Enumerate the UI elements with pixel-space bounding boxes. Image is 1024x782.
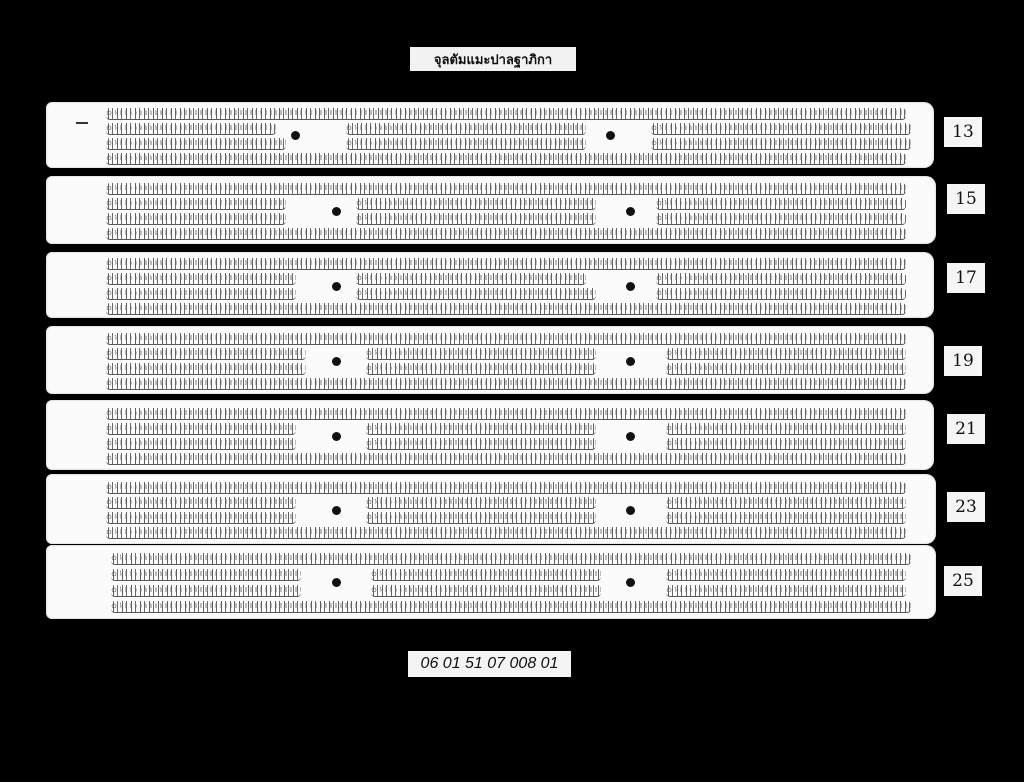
script-line xyxy=(106,333,906,345)
page-number-label: 17 xyxy=(947,263,985,293)
script-line xyxy=(656,288,906,300)
script-line xyxy=(111,553,911,565)
manuscript-title-label: จุลตัมแมะปาลฐาภิกา xyxy=(410,47,576,71)
script-line xyxy=(666,585,906,597)
script-line xyxy=(106,228,906,240)
script-line xyxy=(106,453,906,465)
script-line xyxy=(106,213,286,225)
script-line xyxy=(656,273,906,285)
script-line xyxy=(666,438,906,450)
page-number-label: 21 xyxy=(947,414,985,444)
script-line xyxy=(106,482,906,494)
palm-leaf-page-25 xyxy=(46,545,936,619)
script-line xyxy=(106,273,296,285)
script-line xyxy=(106,423,296,435)
palm-leaf-page-23 xyxy=(46,474,936,544)
string-hole xyxy=(332,207,341,216)
script-line xyxy=(106,438,296,450)
script-line xyxy=(366,497,596,509)
script-line xyxy=(666,423,906,435)
script-line xyxy=(106,183,906,195)
script-line xyxy=(106,303,906,315)
script-line xyxy=(371,569,601,581)
script-line xyxy=(356,273,586,285)
script-line xyxy=(106,378,906,390)
script-line xyxy=(356,213,596,225)
script-line xyxy=(651,123,911,135)
margin-mark xyxy=(76,122,88,124)
script-line xyxy=(666,348,906,360)
script-line xyxy=(111,601,911,613)
script-line xyxy=(106,108,906,120)
string-hole xyxy=(291,131,300,140)
script-line xyxy=(106,153,906,165)
script-line xyxy=(106,288,296,300)
string-hole xyxy=(626,207,635,216)
string-hole xyxy=(626,578,635,587)
script-line xyxy=(666,497,906,509)
palm-leaf-page-15 xyxy=(46,176,936,244)
script-line xyxy=(106,363,306,375)
string-hole xyxy=(626,357,635,366)
string-hole xyxy=(626,506,635,515)
script-line xyxy=(651,138,911,150)
script-line xyxy=(106,408,906,420)
page-number-label: 13 xyxy=(944,117,982,147)
script-line xyxy=(106,527,906,539)
script-line xyxy=(366,423,596,435)
script-line xyxy=(106,348,306,360)
script-line xyxy=(656,198,906,210)
script-line xyxy=(666,512,906,524)
string-hole xyxy=(606,131,615,140)
script-line xyxy=(666,363,906,375)
script-line xyxy=(111,569,301,581)
palm-leaf-page-13 xyxy=(46,102,934,168)
script-line xyxy=(666,569,906,581)
script-line xyxy=(366,348,596,360)
string-hole xyxy=(332,578,341,587)
string-hole xyxy=(332,282,341,291)
script-line xyxy=(366,438,596,450)
palm-leaf-page-17 xyxy=(46,252,934,318)
page-number-label: 25 xyxy=(944,566,982,596)
script-line xyxy=(106,198,286,210)
script-line xyxy=(106,497,296,509)
script-line xyxy=(106,258,906,270)
script-line xyxy=(106,512,296,524)
palm-leaf-page-19 xyxy=(46,326,934,394)
script-line xyxy=(346,123,586,135)
script-line xyxy=(366,363,596,375)
script-line xyxy=(111,585,301,597)
script-line xyxy=(656,213,906,225)
script-line xyxy=(356,198,596,210)
script-line xyxy=(356,288,596,300)
page-number-label: 15 xyxy=(947,184,985,214)
string-hole xyxy=(332,432,341,441)
string-hole xyxy=(332,357,341,366)
page-number-label: 19 xyxy=(944,346,982,376)
string-hole xyxy=(626,432,635,441)
script-line xyxy=(366,512,596,524)
string-hole xyxy=(332,506,341,515)
script-line xyxy=(346,138,586,150)
script-line xyxy=(371,585,601,597)
script-line xyxy=(106,138,286,150)
script-line xyxy=(106,123,276,135)
string-hole xyxy=(626,282,635,291)
page-number-label: 23 xyxy=(947,492,985,522)
archive-code-label: 06 01 51 07 008 01 xyxy=(408,651,571,677)
palm-leaf-page-21 xyxy=(46,400,934,470)
